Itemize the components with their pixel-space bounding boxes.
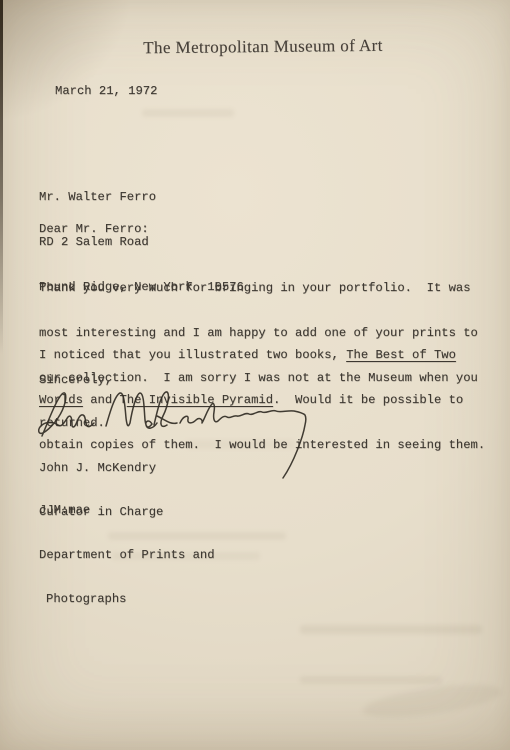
recipient-street: RD 2 Salem Road: [39, 235, 244, 250]
closing: Sincerely,: [39, 373, 112, 388]
body-line: I noticed that you illustrated two books…: [39, 348, 485, 363]
bleed-through-smudge: [142, 109, 234, 117]
signer-department-line1: Department of Prints and: [39, 548, 215, 563]
signature-stroke-john: [39, 393, 94, 436]
date-line: March 21, 1972: [55, 84, 157, 99]
bleed-through-smudge: [300, 676, 442, 684]
signer-department-line2: Photographs: [46, 592, 215, 607]
bleed-through-smudge: [300, 625, 482, 634]
salutation: Dear Mr. Ferro:: [39, 222, 149, 237]
body-text: I noticed that you illustrated two books…: [39, 348, 346, 362]
signer-name: John J. McKendry: [39, 461, 215, 476]
letter-paper: The Metropolitan Museum of Art March 21,…: [0, 0, 510, 750]
letterhead-title: The Metropolitan Museum of Art: [143, 36, 383, 59]
signature-stroke-mc: [106, 393, 157, 428]
book-title-underlined: The Best of Two: [346, 348, 456, 362]
recipient-name: Mr. Walter Ferro: [39, 190, 244, 205]
signature-block: John J. McKendry Curator in Charge Depar…: [39, 432, 215, 635]
bleed-through-signature-smudge: [361, 678, 503, 723]
body-line: Thank you very much for bringing in your…: [39, 281, 478, 296]
typist-reference: JJM:mae: [39, 503, 90, 518]
signature-stroke-k: [154, 392, 177, 426]
photo-edge-shadow: [0, 0, 3, 355]
letter-photograph: The Metropolitan Museum of Art March 21,…: [0, 0, 510, 750]
